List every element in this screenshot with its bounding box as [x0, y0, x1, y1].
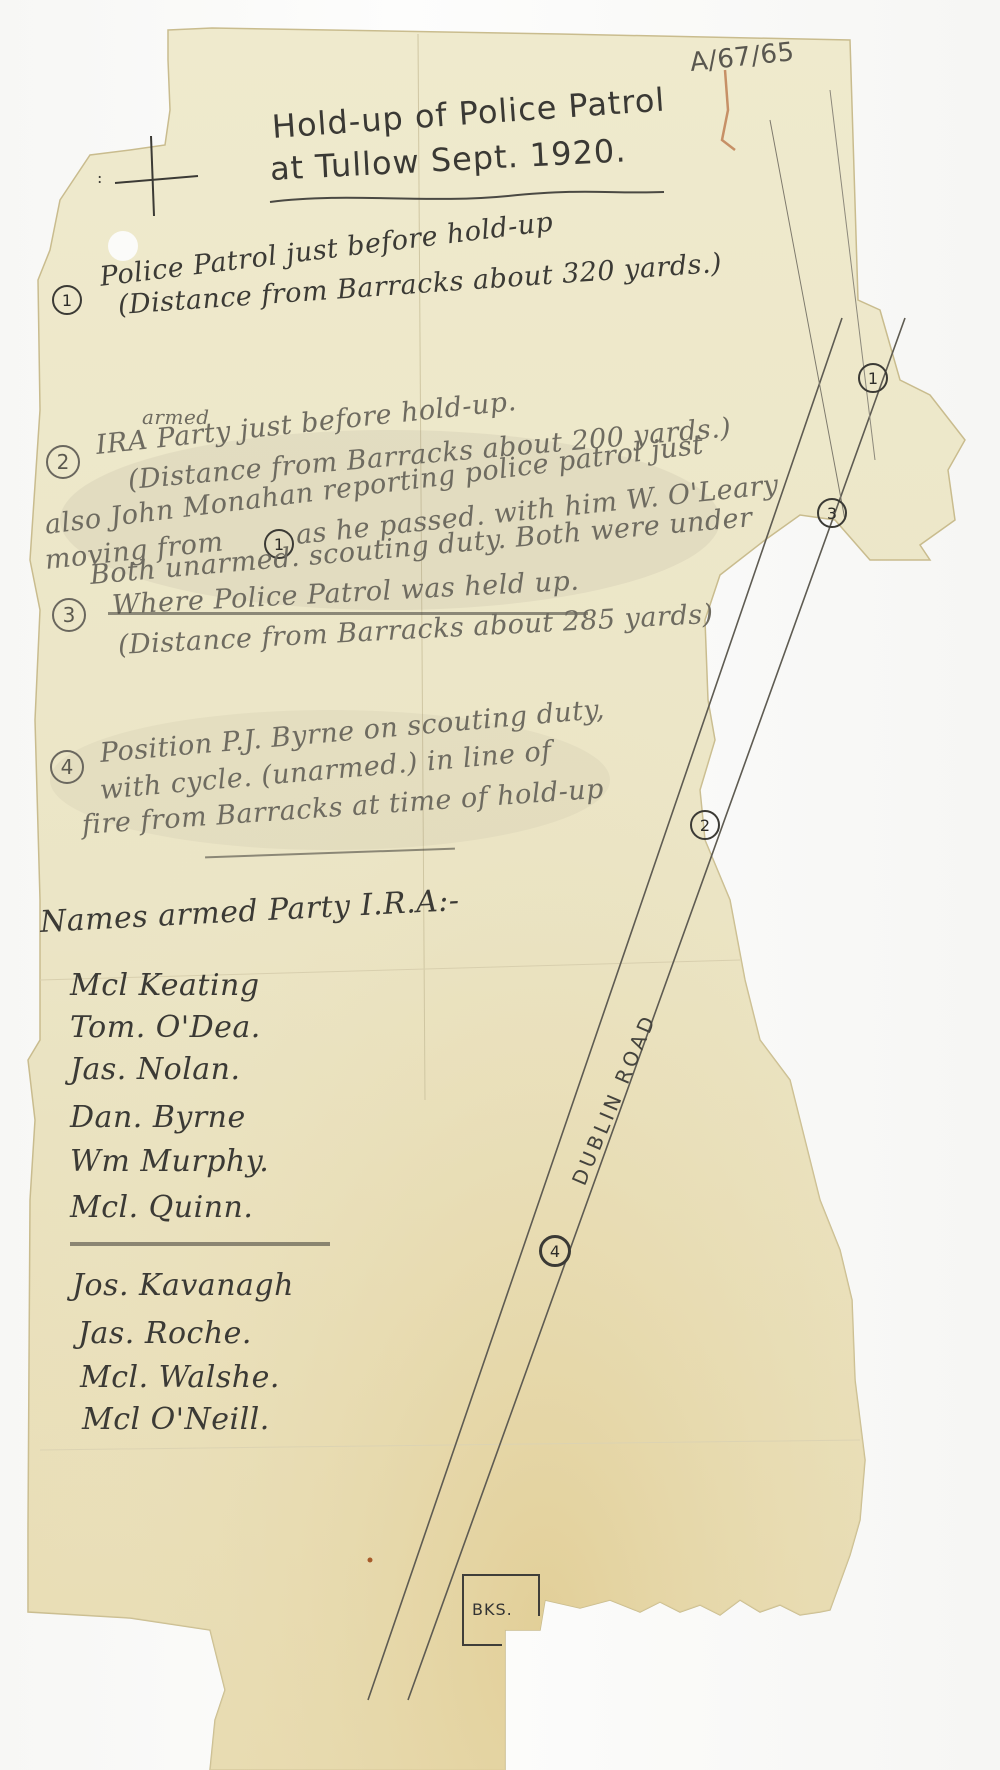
entry-marker-2: 2 [46, 445, 80, 479]
barracks-box: BKS. [462, 1574, 540, 1646]
map-marker-1: 1 [858, 363, 888, 393]
name-7: Jos. Kavanagh [72, 1268, 294, 1303]
note-marker-3: 3 [817, 498, 847, 528]
names-divider-strike [70, 1242, 330, 1246]
name-9: Mcl. Walshe. [80, 1360, 280, 1395]
name-1: Mcl Keating [70, 968, 260, 1003]
title-underline [268, 188, 668, 208]
punch-hole [108, 231, 138, 261]
map-marker-2: 2 [690, 810, 720, 840]
entry-marker-1: 1 [52, 285, 82, 315]
entry-marker-3: 3 [52, 598, 86, 632]
name-5: Wm Murphy. [70, 1144, 269, 1179]
name-6: Mcl. Quinn. [70, 1190, 253, 1225]
name-4: Dan. Byrne [70, 1100, 246, 1135]
compass-mark-left: : [97, 168, 103, 187]
barracks-label: BKS. [472, 1600, 513, 1619]
name-3: Jas. Nolan. [70, 1052, 241, 1087]
map-marker-4: 4 [539, 1235, 571, 1267]
barracks-box-right-edge [538, 1574, 540, 1616]
name-8: Jas. Roche. [78, 1316, 252, 1351]
barracks-box-bottom-edge [462, 1644, 502, 1646]
entry-marker-4: 4 [50, 750, 84, 784]
name-2: Tom. O'Dea. [70, 1010, 261, 1045]
name-10: Mcl O'Neill. [82, 1402, 270, 1437]
